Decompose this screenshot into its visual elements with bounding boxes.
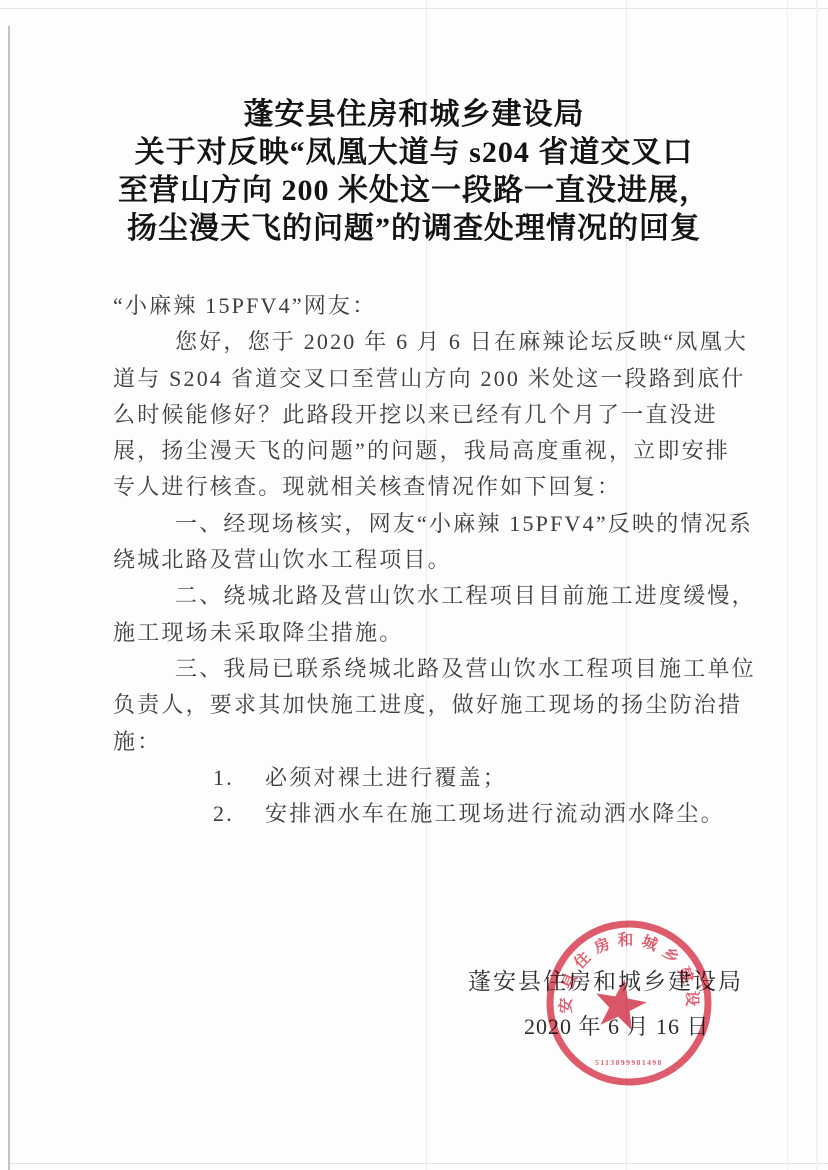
body-line: 二、绕城北路及营山饮水工程项目目前施工进度缓慢， <box>113 578 721 614</box>
list-text: 安排洒水车在施工现场进行流动洒水降尘。 <box>265 801 725 826</box>
body-line: 展，扬尘漫天飞的问题”的问题，我局高度重视，立即安排 <box>113 433 721 469</box>
body-line: 施工现场未采取降尘措施。 <box>113 615 721 651</box>
body-line: 一、经现场核实，网友“小麻辣 15PFV4”反映的情况系 <box>113 506 721 542</box>
body-line: “小麻辣 15PFV4”网友： <box>113 288 721 324</box>
title-line: 至营山方向 200 米处这一段路一直没进展， <box>70 172 758 210</box>
body-block: “小麻辣 15PFV4”网友：您好，您于 2020 年 6 月 6 日在麻辣论坛… <box>113 288 721 832</box>
official-seal: 蓬安县住房和城乡建设局 5113899981498 <box>543 917 715 1089</box>
list-number: 2. <box>213 796 265 832</box>
scan-edge-bottom-line <box>10 1163 828 1164</box>
seal-code: 5113899981498 <box>595 1058 663 1067</box>
scan-artifact-line <box>816 0 818 1170</box>
list-text: 必须对裸土进行覆盖； <box>265 765 507 790</box>
body-line: 负责人，要求其加快施工进度，做好施工现场的扬尘防治措 <box>113 687 721 723</box>
body-line: 1.必须对裸土进行覆盖； <box>113 760 721 796</box>
body-line: 您好，您于 2020 年 6 月 6 日在麻辣论坛反映“凤凰大 <box>113 324 721 360</box>
title-block: 蓬安县住房和城乡建设局关于对反映“凤凰大道与 s204 省道交叉口至营山方向 2… <box>70 96 758 248</box>
body-line: 么时候能修好？此路段开挖以来已经有几个月了一直没进 <box>113 397 721 433</box>
scan-edge-top-line <box>0 8 828 9</box>
body-line: 施： <box>113 724 721 760</box>
body-line: 绕城北路及营山饮水工程项目。 <box>113 542 721 578</box>
scan-edge-left-line <box>8 26 10 1170</box>
scan-artifact-line <box>787 0 788 1170</box>
body-line: 道与 S204 省道交叉口至营山方向 200 米处这一段路到底什 <box>113 361 721 397</box>
body-line: 三、我局已联系绕城北路及营山饮水工程项目施工单位 <box>113 651 721 687</box>
body-line: 2.安排洒水车在施工现场进行流动洒水降尘。 <box>113 796 721 832</box>
title-line: 扬尘漫天飞的问题”的调查处理情况的回复 <box>70 210 758 248</box>
document-page: 蓬安县住房和城乡建设局关于对反映“凤凰大道与 s204 省道交叉口至营山方向 2… <box>0 0 828 1170</box>
seal-star-icon <box>591 975 650 1032</box>
title-line: 关于对反映“凤凰大道与 s204 省道交叉口 <box>70 134 758 172</box>
body-line: 专人进行核查。现就相关核查情况作如下回复： <box>113 469 721 505</box>
list-number: 1. <box>213 760 265 796</box>
title-line: 蓬安县住房和城乡建设局 <box>70 96 758 134</box>
